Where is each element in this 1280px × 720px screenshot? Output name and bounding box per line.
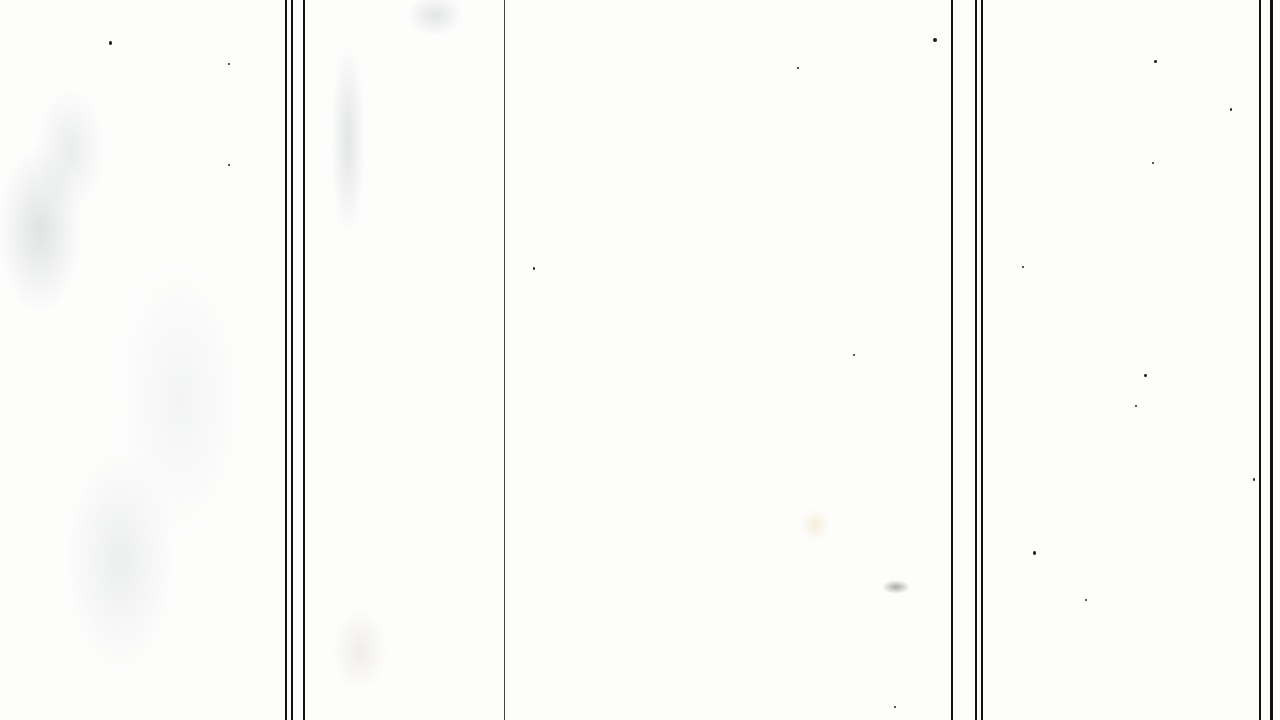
speck	[533, 267, 535, 270]
speck	[1154, 60, 1157, 63]
ruling-line	[291, 0, 293, 720]
ruling-line	[504, 0, 505, 720]
speck	[797, 67, 799, 69]
speck	[228, 164, 230, 166]
ruling-line	[303, 0, 305, 720]
speck	[1144, 374, 1147, 377]
paper-stain	[800, 508, 830, 542]
paper-stain	[0, 0, 290, 720]
speck	[1230, 108, 1232, 111]
speck	[228, 63, 230, 65]
ruling-line	[981, 0, 983, 720]
ruling-line	[951, 0, 953, 720]
speck	[933, 38, 937, 42]
speck	[1152, 162, 1154, 164]
ruling-line	[285, 0, 287, 720]
speck	[1135, 405, 1137, 407]
speck	[853, 354, 855, 356]
speck	[1085, 599, 1087, 601]
speck	[894, 706, 896, 708]
speck	[1253, 478, 1255, 481]
ruling-line	[975, 0, 977, 720]
ink-smudge	[882, 580, 910, 594]
speck	[1033, 551, 1036, 555]
ruling-line	[1259, 0, 1261, 720]
speck	[1022, 266, 1024, 268]
ledger-page	[0, 0, 1280, 720]
paper-stain	[300, 0, 500, 720]
speck	[109, 41, 112, 45]
ruling-line	[1270, 0, 1273, 720]
